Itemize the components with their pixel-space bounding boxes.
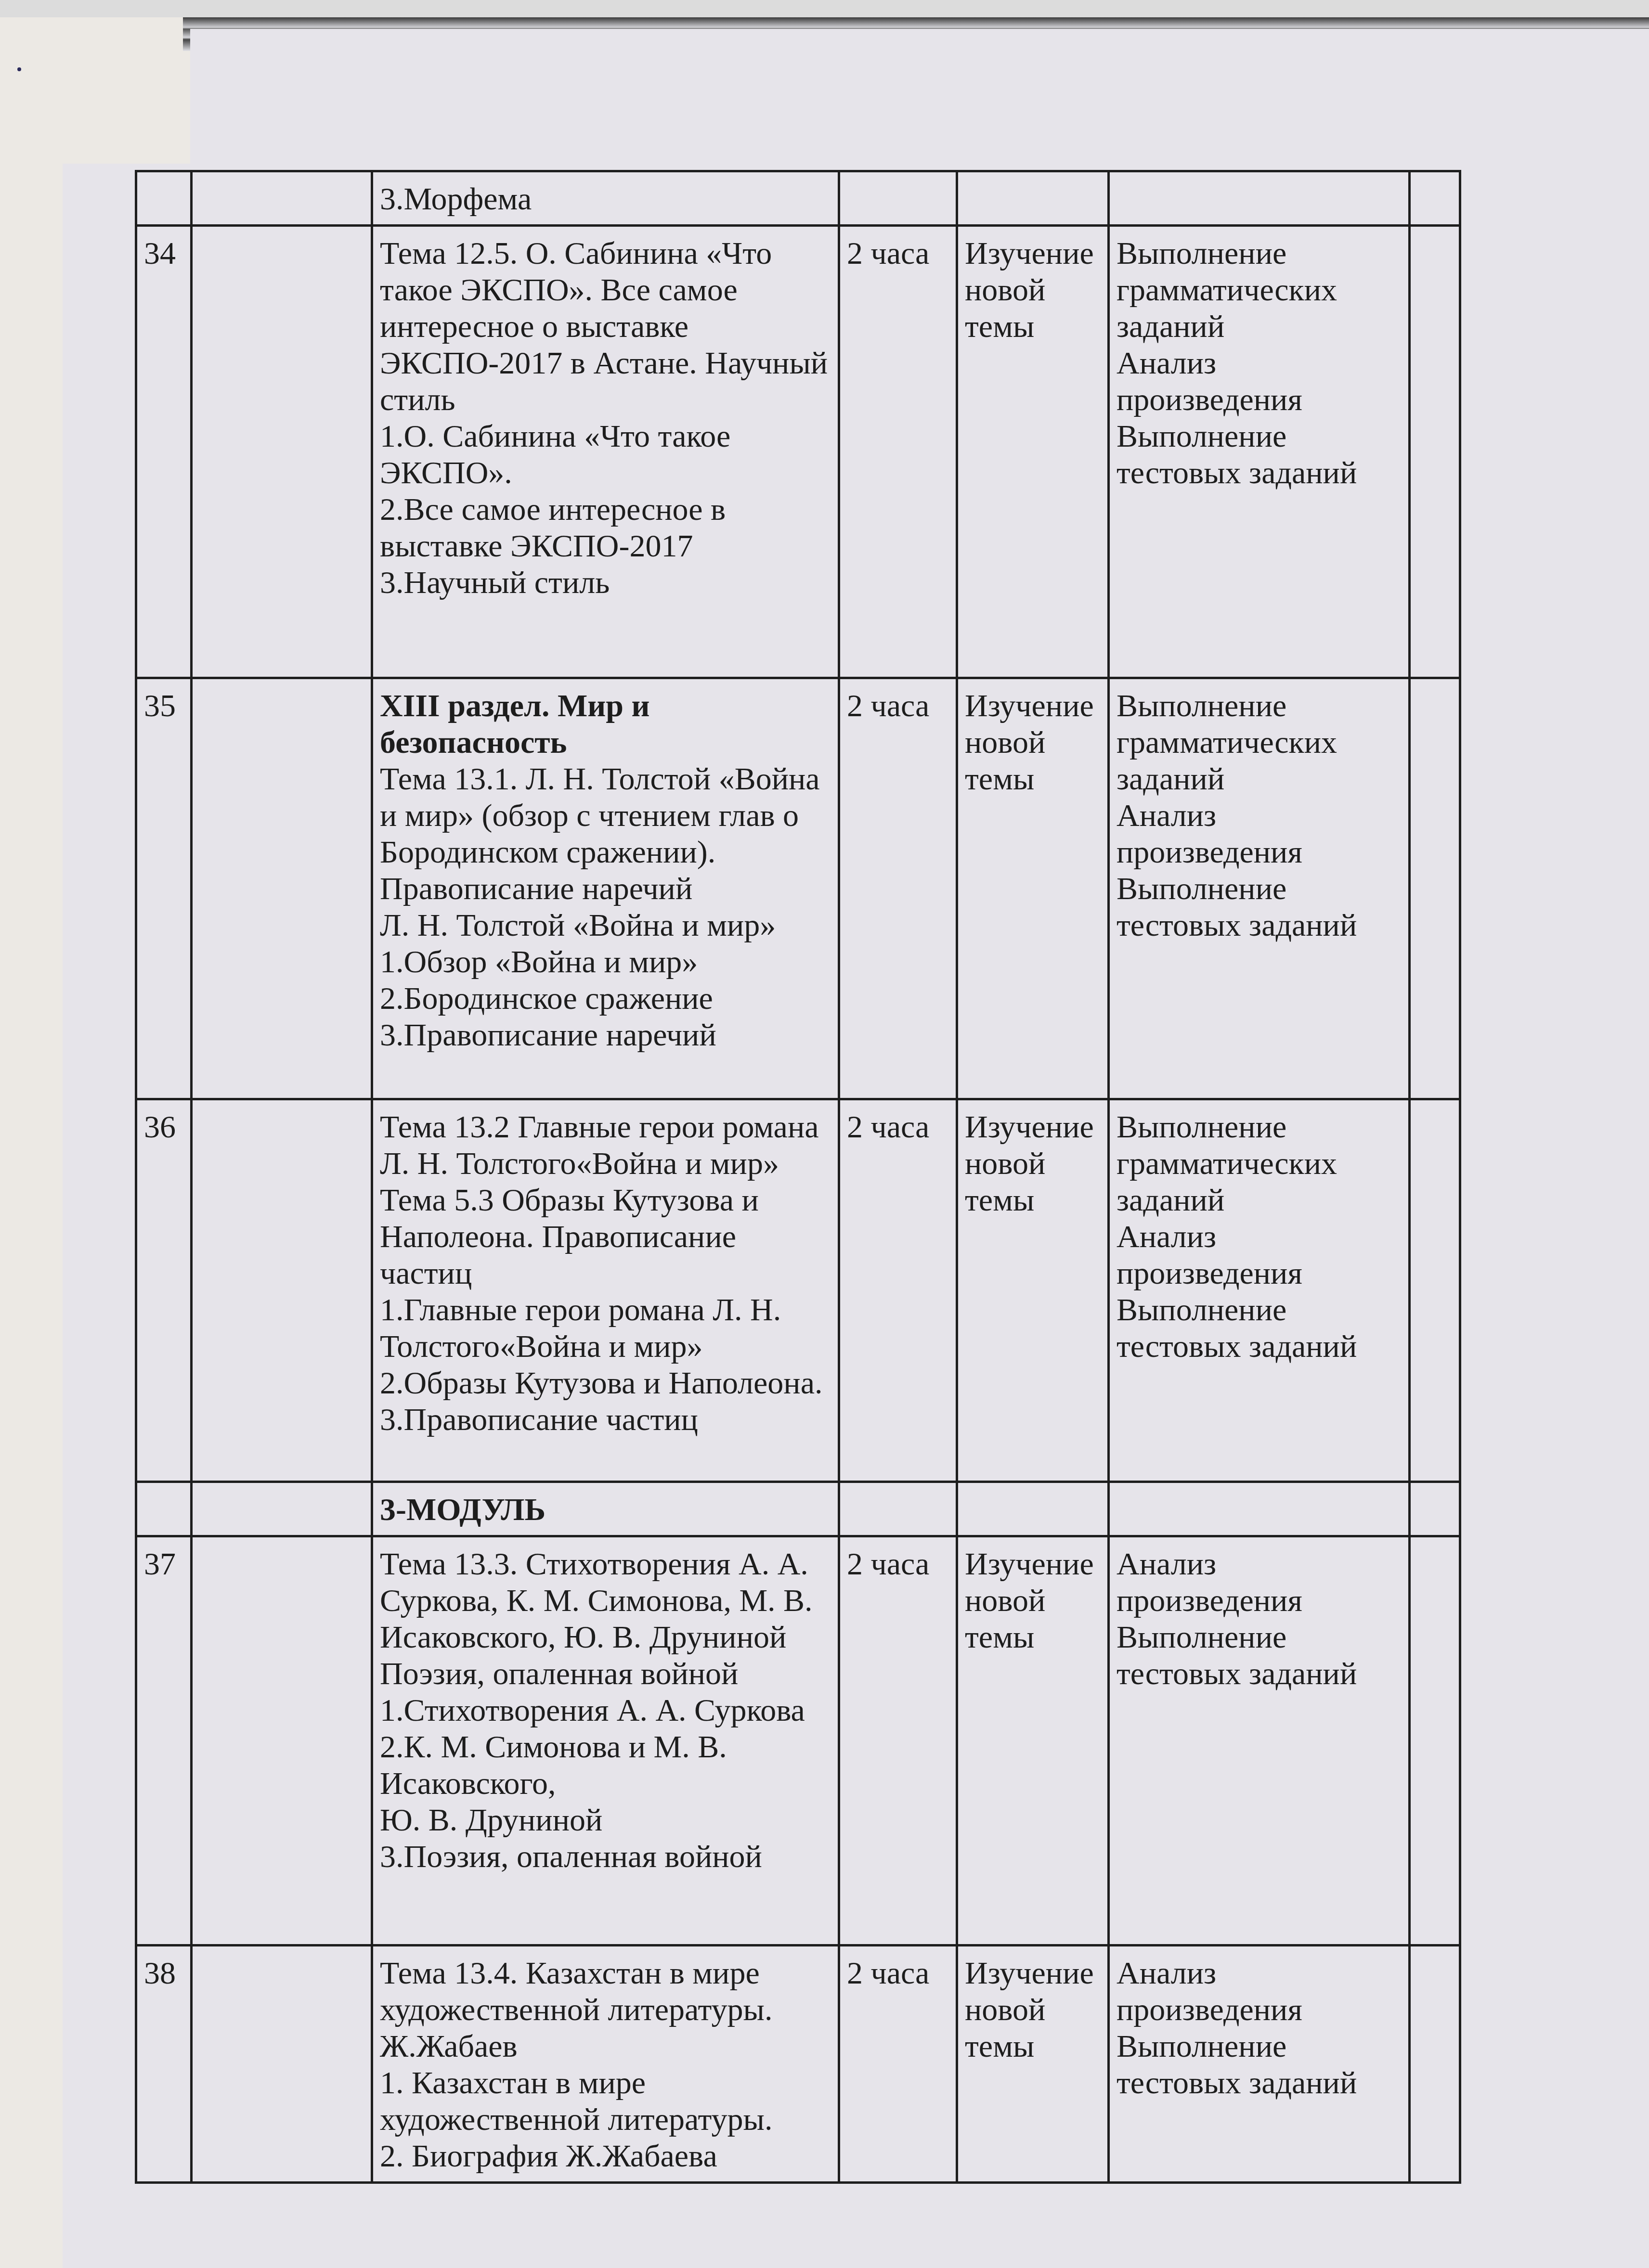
lesson-number-cell: 34 <box>136 226 192 678</box>
topic-line: 1.О. Сабинина «Что такое ЭКСПО». <box>380 418 831 491</box>
activity-item: Анализ произведения <box>1117 1955 1402 2028</box>
lesson-number-cell <box>136 1482 192 1536</box>
date-cell <box>192 1946 372 2183</box>
activity-item: Выполнение грамматических заданий <box>1117 235 1402 345</box>
topic-line: 2.Бородинское сражение <box>380 980 831 1017</box>
lesson-number-cell: 36 <box>136 1099 192 1482</box>
lesson-type-cell: Изучение новой темы <box>957 1536 1109 1946</box>
lesson-number-cell: 38 <box>136 1946 192 2183</box>
notes-cell <box>1410 1536 1460 1946</box>
activity-item: Выполнение грамматических заданий <box>1117 1109 1402 1219</box>
lesson-type: Изучение новой темы <box>965 688 1094 797</box>
lesson-number: 36 <box>144 1109 176 1145</box>
ink-speck <box>17 67 21 71</box>
lesson-type-cell: Изучение новой темы <box>957 226 1109 678</box>
module-row: 3-МОДУЛЬ <box>136 1482 1460 1536</box>
topic-line: 3.Правописание наречий <box>380 1017 831 1054</box>
topic-cell: Тема 13.2 Главные герои романа Л. Н. Тол… <box>372 1099 839 1482</box>
lesson-plan-table: 3.Морфема34Тема 12.5. О. Сабинина «Что т… <box>135 170 1461 2184</box>
table-row: 38Тема 13.4. Казахстан в мире художестве… <box>136 1946 1460 2183</box>
lesson-number-cell: 37 <box>136 1536 192 1946</box>
activity-item: Выполнение тестовых заданий <box>1117 2028 1402 2101</box>
activity-item: Выполнение тестовых заданий <box>1117 1292 1402 1365</box>
notes-cell <box>1410 1482 1460 1536</box>
topic-line: 1.Стихотворения А. А. Суркова <box>380 1692 831 1729</box>
section-heading: XIII раздел. Мир и безопасность <box>380 688 831 761</box>
topic-line: 1.Обзор «Война и мир» <box>380 944 831 980</box>
topic-line: Тема 12.5. О. Сабинина «Что такое ЭКСПО»… <box>380 235 831 418</box>
topic-line: 2.Все самое интересное в выставке ЭКСПО-… <box>380 491 831 565</box>
topic-line: 2. Биография Ж.Жабаева <box>380 2138 831 2175</box>
activities-cell: Анализ произведенияВыполнение тестовых з… <box>1109 1946 1410 2183</box>
lesson-number-cell <box>136 171 192 226</box>
topic-line: Тема 13.3. Стихотворения А. А. Суркова, … <box>380 1546 831 1656</box>
notes-cell <box>1410 1946 1460 2183</box>
lesson-type-cell: Изучение новой темы <box>957 678 1109 1099</box>
topic-line: 2.Образы Кутузова и Наполеона. <box>380 1365 831 1402</box>
hours-value: 2 часа <box>847 236 929 271</box>
topic-cell: Тема 13.3. Стихотворения А. А. Суркова, … <box>372 1536 839 1946</box>
lesson-type: Изучение новой темы <box>965 1546 1094 1655</box>
hours-cell <box>839 171 957 226</box>
lesson-type: Изучение новой темы <box>965 1109 1094 1218</box>
lesson-number: 35 <box>144 688 176 723</box>
topic-cell: 3-МОДУЛЬ <box>372 1482 839 1536</box>
notes-cell <box>1410 226 1460 678</box>
table-row: 36Тема 13.2 Главные герои романа Л. Н. Т… <box>136 1099 1460 1482</box>
hours-value: 2 часа <box>847 1956 929 1991</box>
topic-cell: Тема 13.4. Казахстан в мире художественн… <box>372 1946 839 2183</box>
topic-line: 3.Морфема <box>380 181 831 218</box>
activities-cell: Анализ произведенияВыполнение тестовых з… <box>1109 1536 1410 1946</box>
hours-value: 2 часа <box>847 1546 929 1582</box>
lesson-number-cell: 35 <box>136 678 192 1099</box>
table-row: 3.Морфема <box>136 171 1460 226</box>
topic-cell: XIII раздел. Мир и безопасностьТема 13.1… <box>372 678 839 1099</box>
table-row: 35XIII раздел. Мир и безопасностьТема 13… <box>136 678 1460 1099</box>
date-cell <box>192 171 372 226</box>
topic-line: Тема 13.4. Казахстан в мире художественн… <box>380 1955 831 2065</box>
topic-line: Ю. В. Друниной <box>380 1802 831 1839</box>
lesson-type: Изучение новой темы <box>965 1956 1094 2064</box>
lesson-number: 38 <box>144 1956 176 1991</box>
hours-cell: 2 часа <box>839 678 957 1099</box>
notes-cell <box>1410 171 1460 226</box>
topic-cell: 3.Морфема <box>372 171 839 226</box>
activities-cell: Выполнение грамматических заданийАнализ … <box>1109 226 1410 678</box>
hours-value: 2 часа <box>847 688 929 723</box>
lesson-type-cell: Изучение новой темы <box>957 1946 1109 2183</box>
hours-cell: 2 часа <box>839 226 957 678</box>
table-row: 34Тема 12.5. О. Сабинина «Что такое ЭКСП… <box>136 226 1460 678</box>
section-heading: 3-МОДУЛЬ <box>380 1492 831 1528</box>
date-cell <box>192 1482 372 1536</box>
lesson-type: Изучение новой темы <box>965 236 1094 344</box>
topic-line: 1. Казахстан в мире художественной литер… <box>380 2065 831 2138</box>
lesson-type-cell <box>957 1482 1109 1536</box>
table-body: 3.Морфема34Тема 12.5. О. Сабинина «Что т… <box>136 171 1460 2183</box>
table-row: 37Тема 13.3. Стихотворения А. А. Суркова… <box>136 1536 1460 1946</box>
topic-line: 3.Научный стиль <box>380 565 831 601</box>
topic-line: Тема 13.2 Главные герои романа Л. Н. Тол… <box>380 1109 831 1292</box>
activity-item: Анализ произведения <box>1117 345 1402 418</box>
lesson-type-cell: Изучение новой темы <box>957 1099 1109 1482</box>
hours-value: 2 часа <box>847 1109 929 1145</box>
lesson-number: 34 <box>144 236 176 271</box>
hours-cell: 2 часа <box>839 1536 957 1946</box>
activity-item: Выполнение тестовых заданий <box>1117 1619 1402 1692</box>
activities-cell <box>1109 171 1410 226</box>
activity-item: Выполнение тестовых заданий <box>1117 871 1402 944</box>
date-cell <box>192 1536 372 1946</box>
topic-cell: Тема 12.5. О. Сабинина «Что такое ЭКСПО»… <box>372 226 839 678</box>
activity-item: Анализ произведения <box>1117 1546 1402 1619</box>
activity-item: Анализ произведения <box>1117 798 1402 871</box>
topic-line: Л. Н. Толстой «Война и мир» <box>380 907 831 944</box>
topic-line: 1.Главные герои романа Л. Н. Толстого«Во… <box>380 1292 831 1365</box>
date-cell <box>192 1099 372 1482</box>
date-cell <box>192 678 372 1099</box>
activity-item: Выполнение грамматических заданий <box>1117 688 1402 798</box>
topic-line: Поэзия, опаленная войной <box>380 1656 831 1692</box>
hours-cell: 2 часа <box>839 1099 957 1482</box>
topic-line: 3.Поэзия, опаленная войной <box>380 1839 831 1875</box>
notes-cell <box>1410 678 1460 1099</box>
hours-cell <box>839 1482 957 1536</box>
lesson-number: 37 <box>144 1546 176 1582</box>
hours-cell: 2 часа <box>839 1946 957 2183</box>
activities-cell: Выполнение грамматических заданийАнализ … <box>1109 678 1410 1099</box>
activity-item: Выполнение тестовых заданий <box>1117 418 1402 491</box>
activities-cell: Выполнение грамматических заданийАнализ … <box>1109 1099 1410 1482</box>
topic-line: Тема 13.1. Л. Н. Толстой «Война и мир» (… <box>380 761 831 907</box>
date-cell <box>192 226 372 678</box>
lesson-type-cell <box>957 171 1109 226</box>
activities-cell <box>1109 1482 1410 1536</box>
activity-item: Анализ произведения <box>1117 1219 1402 1292</box>
notes-cell <box>1410 1099 1460 1482</box>
topic-line: 2.К. М. Симонова и М. В. Исаковского, <box>380 1729 831 1802</box>
topic-line: 3.Правописание частиц <box>380 1402 831 1438</box>
